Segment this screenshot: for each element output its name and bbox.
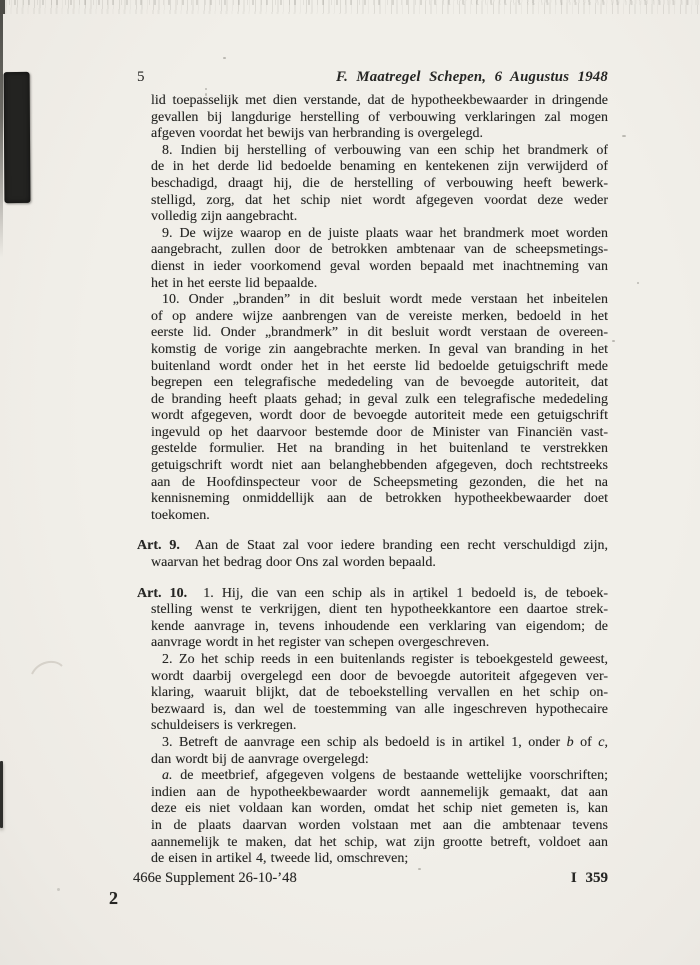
text-line: of op andere wijze aanbrengen van de ver… xyxy=(151,309,608,326)
scan-speck xyxy=(612,340,615,342)
text-line: bezwaard is, dan wel de toestemming van … xyxy=(151,702,608,719)
text-line: in de plaats daarvan worden volstaan met… xyxy=(151,818,608,835)
text-line: wordt afgegeven, wordt door de bevoegde … xyxy=(151,408,608,425)
text-line: toekomen. xyxy=(151,508,608,525)
text-line: a. de meetbrief, afgegeven volgens de be… xyxy=(151,768,608,785)
scan-speck xyxy=(637,282,639,284)
text-line: de eisen in artikel 4, tweede lid, omsch… xyxy=(151,851,608,868)
scan-speck xyxy=(622,135,626,137)
text-line: Art. 9. Aan de Staat zal voor iedere bra… xyxy=(137,538,608,555)
text-line: dan wordt bij de aanvrage overgelegd: xyxy=(151,752,608,769)
text-line: aangebracht, zullen door de betrokken am… xyxy=(151,242,608,259)
binding-edge-mark-lower xyxy=(0,761,3,828)
text-line: stelling wenst te verkrijgen, dient ten … xyxy=(151,602,608,619)
text-line: de branding heeft plaats gehad; in geval… xyxy=(151,392,608,409)
text-line: indien aan de hypotheekbewaarder wordt a… xyxy=(151,785,608,802)
text-line: begrepen een telegrafische mededeling va… xyxy=(151,375,608,392)
page-header: 5 F. Maatregel Schepen, 6 Augustus 1948 xyxy=(137,69,608,86)
paragraph-block: lid toepasselijk met dien verstande, dat… xyxy=(151,93,608,143)
text-line: deze eis niet voldaan kan worden, omdat … xyxy=(151,801,608,818)
scan-speck xyxy=(205,88,207,90)
text-line: stelligd, zorg, dat het schip niet wordt… xyxy=(151,193,608,210)
text-line: klaring, waaruit blijkt, dat de teboekst… xyxy=(151,685,608,702)
header-page-number: 5 xyxy=(137,69,145,86)
text-line: gevallen bij langdurige herstelling of v… xyxy=(151,110,608,127)
paragraph-block: 10. Onder „branden” in dit besluit wordt… xyxy=(151,292,608,524)
paragraph-block: Art. 10. 1. Hij, die van een schip als i… xyxy=(151,586,608,868)
paragraph-block: 9. De wijze waarop en de juiste plaats w… xyxy=(151,226,608,292)
text-line: volledig zijn aangebracht. xyxy=(151,209,608,226)
text-line: wordt daarbij overgelegd een door de bev… xyxy=(151,669,608,686)
text-line: dienst in ieder voorkomend geval worden … xyxy=(151,259,608,276)
text-line: 9. De wijze waarop en de juiste plaats w… xyxy=(151,226,608,243)
text-line: aan de Hoofdinspecteur voor de Scheepsme… xyxy=(151,475,608,492)
text-line: afgeven voordat het bewijs van herbrandi… xyxy=(151,126,608,143)
text-line: 10. Onder „branden” in dit besluit wordt… xyxy=(151,292,608,309)
text-line: buitenland wordt onder het in het eerste… xyxy=(151,359,608,376)
text-line: komstig de vorige zin aangebrachte merke… xyxy=(151,342,608,359)
text-line: de in het derde lid bedoelde benaming en… xyxy=(151,159,608,176)
scan-noise-band-strong xyxy=(0,0,700,5)
text-body: lid toepasselijk met dien verstande, dat… xyxy=(151,93,608,868)
text-line: het in het eerste lid bepaalde. xyxy=(151,276,608,293)
text-line: ingevuld op het daarvoor bestemde door d… xyxy=(151,425,608,442)
binding-black-mark xyxy=(4,72,31,203)
text-line: aanvrage wordt in het register van schep… xyxy=(151,635,608,652)
footer-supplement-label: 466e Supplement 26-10-’48 xyxy=(133,870,297,887)
text-line: schuldeisers is verkregen. xyxy=(151,718,608,735)
text-line: gestelde formulier. Het na branding in h… xyxy=(151,441,608,458)
text-line: 2. Zo het schip reeds in een buitenlands… xyxy=(151,652,608,669)
binding-edge-notch xyxy=(0,0,5,14)
text-line: Art. 10. 1. Hij, die van een schip als i… xyxy=(137,586,608,603)
scan-speck xyxy=(57,888,60,891)
text-line: kende aanvrage in, tevens inhoudende een… xyxy=(151,619,608,636)
page-footer: 466e Supplement 26-10-’48 I 359 xyxy=(133,870,608,887)
text-line: beschadigd, draagt hij, die de herstelli… xyxy=(151,176,608,193)
paragraph-block: Art. 9. Aan de Staat zal voor iedere bra… xyxy=(151,538,608,571)
text-line: lid toepasselijk met dien verstande, dat… xyxy=(151,93,608,110)
scanned-document-page: 5 F. Maatregel Schepen, 6 Augustus 1948 … xyxy=(0,0,700,965)
binding-edge-line xyxy=(0,0,3,258)
footer-document-code: I 359 xyxy=(571,870,608,887)
text-line: kennisneming onmiddellijk aan de betrokk… xyxy=(151,491,608,508)
text-line: aannemelijk te maken, dat het schip, wat… xyxy=(151,835,608,852)
header-running-title: F. Maatregel Schepen, 6 Augustus 1948 xyxy=(336,69,608,86)
paragraph-block: 8. Indien bij herstelling of verbouwing … xyxy=(151,143,608,226)
text-line: waarvan het bedrag door Ons zal worden b… xyxy=(151,555,608,572)
scan-speck xyxy=(223,57,226,59)
text-line: 3. Betreft de aanvrage een schip als bed… xyxy=(151,735,608,752)
text-line: eerste lid. Onder „brandmerk” in dit bes… xyxy=(151,325,608,342)
bottom-page-number: 2 xyxy=(109,888,118,909)
text-line: 8. Indien bij herstelling of verbouwing … xyxy=(151,143,608,160)
text-line: getuigschrift wordt niet aan belanghebbe… xyxy=(151,458,608,475)
pencil-stray-mark xyxy=(28,650,68,686)
